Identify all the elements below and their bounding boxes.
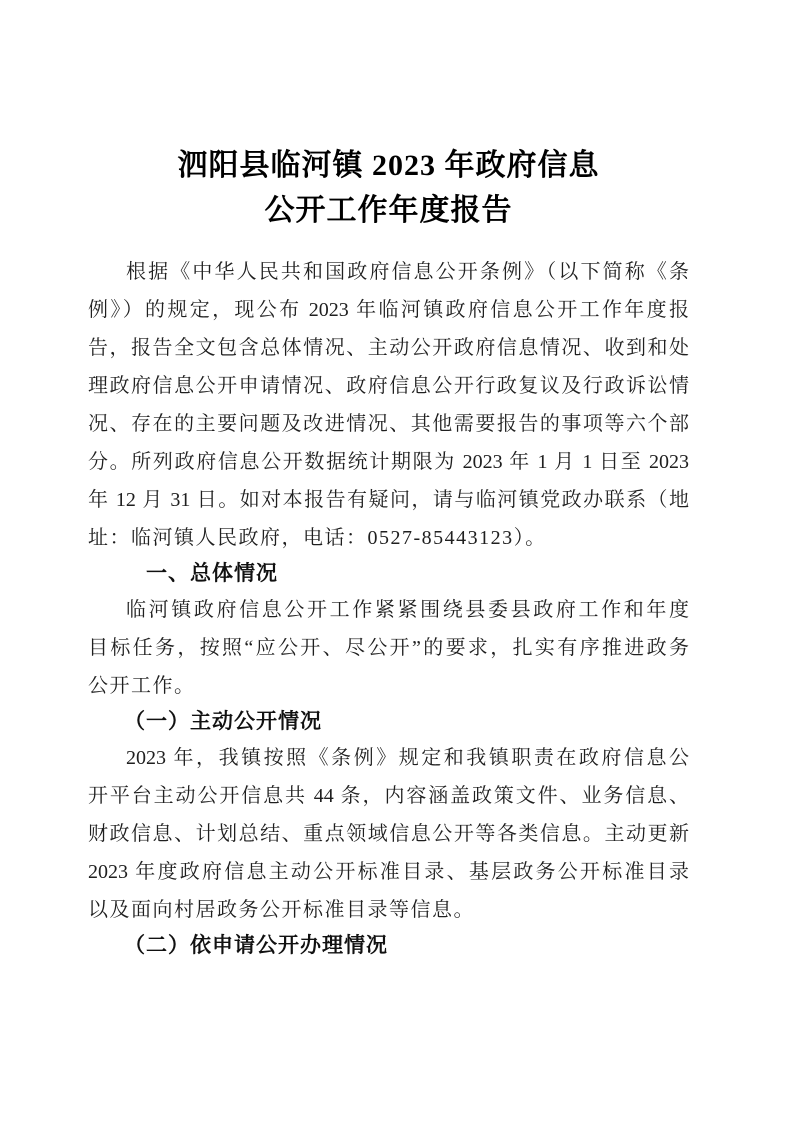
paragraph-line: 临河镇政府信息公开工作紧紧围绕县委县政府工作和年度 xyxy=(88,591,689,629)
paragraph-line: 2023 年，我镇按照《条例》规定和我镇职责在政府信息公 xyxy=(88,739,689,777)
document-title-line-2: 公开工作年度报告 xyxy=(88,188,689,233)
document-title-line-1: 泗阳县临河镇 2023 年政府信息 xyxy=(88,143,689,188)
paragraph-line: 分。所列政府信息公开数据统计期限为 2023 年 1 月 1 日至 2023 xyxy=(88,443,689,481)
document-title: 泗阳县临河镇 2023 年政府信息 公开工作年度报告 xyxy=(88,143,689,233)
document-page: 泗阳县临河镇 2023 年政府信息 公开工作年度报告 根据《中华人民共和国政府信… xyxy=(0,0,793,1121)
paragraph-line: 2023 年度政府信息主动公开标准目录、基层政务公开标准目录 xyxy=(88,853,689,891)
title-body-spacer xyxy=(88,233,689,253)
paragraph-line: 址：临河镇人民政府，电话：0527-85443123）。 xyxy=(88,519,689,557)
document-content: 泗阳县临河镇 2023 年政府信息 公开工作年度报告 根据《中华人民共和国政府信… xyxy=(88,143,689,963)
section-heading-disclosure-upon-request: （二）依申请公开办理情况 xyxy=(88,929,689,963)
section-heading-overall-situation: 一、总体情况 xyxy=(88,557,689,591)
paragraph-overall-situation: 临河镇政府信息公开工作紧紧围绕县委县政府工作和年度 目标任务，按照“应公开、尽公… xyxy=(88,591,689,705)
paragraph-line: 理政府信息公开申请情况、政府信息公开行政复议及行政诉讼情 xyxy=(88,367,689,405)
paragraph-line: 根据《中华人民共和国政府信息公开条例》（以下简称《条 xyxy=(88,253,689,291)
paragraph-line: 况、存在的主要问题及改进情况、其他需要报告的事项等六个部 xyxy=(88,405,689,443)
paragraph-proactive-disclosure: 2023 年，我镇按照《条例》规定和我镇职责在政府信息公 开平台主动公开信息共 … xyxy=(88,739,689,929)
paragraph-line: 例》）的规定，现公布 2023 年临河镇政府信息公开工作年度报 xyxy=(88,291,689,329)
paragraph-line: 目标任务，按照“应公开、尽公开”的要求，扎实有序推进政务 xyxy=(88,629,689,667)
paragraph-line: 公开工作。 xyxy=(88,667,689,705)
paragraph-line: 年 12 月 31 日。如对本报告有疑问，请与临河镇党政办联系（地 xyxy=(88,481,689,519)
paragraph-line: 财政信息、计划总结、重点领域信息公开等各类信息。主动更新 xyxy=(88,815,689,853)
paragraph-line: 开平台主动公开信息共 44 条，内容涵盖政策文件、业务信息、 xyxy=(88,777,689,815)
paragraph-line: 告，报告全文包含总体情况、主动公开政府信息情况、收到和处 xyxy=(88,329,689,367)
paragraph-intro: 根据《中华人民共和国政府信息公开条例》（以下简称《条 例》）的规定，现公布 20… xyxy=(88,253,689,557)
section-heading-proactive-disclosure: （一）主动公开情况 xyxy=(88,705,689,739)
paragraph-line: 以及面向村居政务公开标准目录等信息。 xyxy=(88,891,689,929)
